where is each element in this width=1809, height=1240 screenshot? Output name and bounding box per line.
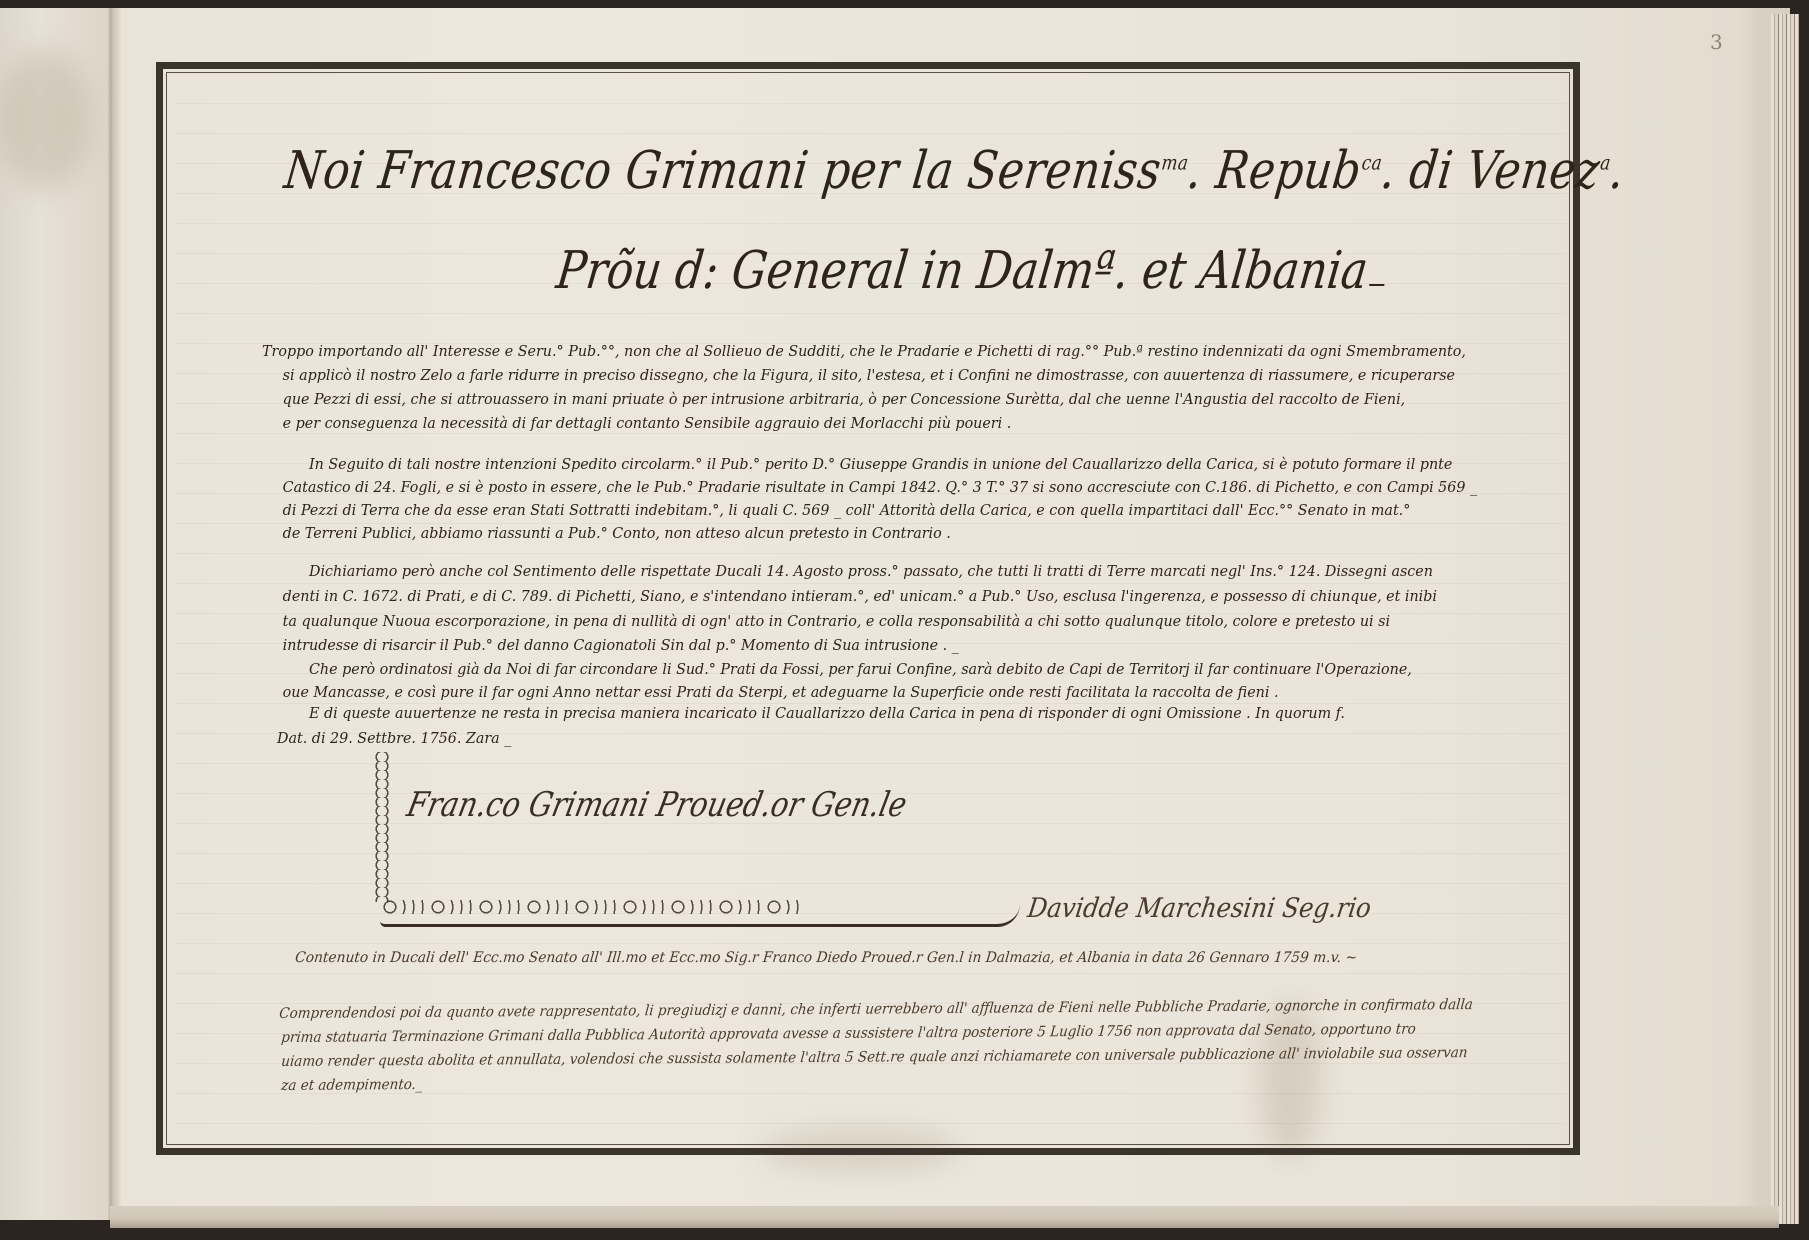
note-line: za et adempimento._ [281, 1077, 424, 1094]
signature-flourish-line [380, 904, 1020, 927]
page-number: 3 [1710, 30, 1723, 54]
secretary-signature: Davidde Marchesini Seg.rio [1026, 893, 1373, 924]
body-line: e per conseguenza la necessità di far de… [283, 416, 1012, 431]
signature-flourish-vertical [372, 752, 392, 902]
body-line: Catastico di 24. Fogli, e si è posto in … [283, 480, 1477, 495]
annotation-line: Contenuto in Ducali dell' Ecc.mo Senato … [294, 950, 1357, 966]
body-line: intrudesse di risarcir il Pub.° del dann… [283, 638, 959, 653]
page-fold [108, 8, 114, 1220]
grimani-signature: Fran.co Grimani Proued.or Gen.le [403, 785, 910, 825]
body-line: que Pezzi di essi, che si attrouassero i… [283, 392, 1406, 407]
body-line: si applicò il nostro Zelo a farle ridurr… [283, 368, 1455, 383]
page-edges [1771, 14, 1799, 1224]
body-line: Dichiariamo però anche col Sentimento de… [309, 564, 1433, 579]
body-line: In Seguito di tali nostre intenzioni Spe… [309, 457, 1452, 472]
document-title: Noi Francesco Grimani per la Serenissma.… [282, 145, 1338, 197]
document-subtitle: Prõu d: General in Dalmª. et Albania [554, 245, 1389, 297]
body-line: ta qualunque Nuoua escorporazione, in pe… [283, 614, 1390, 629]
body-line: Che però ordinatosi già da Noi di far ci… [309, 662, 1412, 677]
date-line: Dat. di 29. Settbre. 1756. Zara _ [277, 731, 511, 746]
body-line: E di queste auuertenze ne resta in preci… [309, 706, 1345, 721]
body-line: Troppo importando all' Interesse e Seru.… [262, 344, 1466, 359]
page-bottom-edge [110, 1206, 1779, 1228]
body-line: de Terreni Publici, abbiamo riassunti a … [283, 526, 951, 541]
paper-stain [0, 50, 90, 190]
document-frame-inner [166, 72, 1570, 1145]
body-line: di Pezzi di Terra che da esse eran Stati… [283, 503, 1411, 518]
body-line: oue Mancasse, e così pure il far ogni An… [283, 685, 1279, 700]
body-line: denti in C. 1672. di Prati, e di C. 789.… [283, 589, 1437, 604]
